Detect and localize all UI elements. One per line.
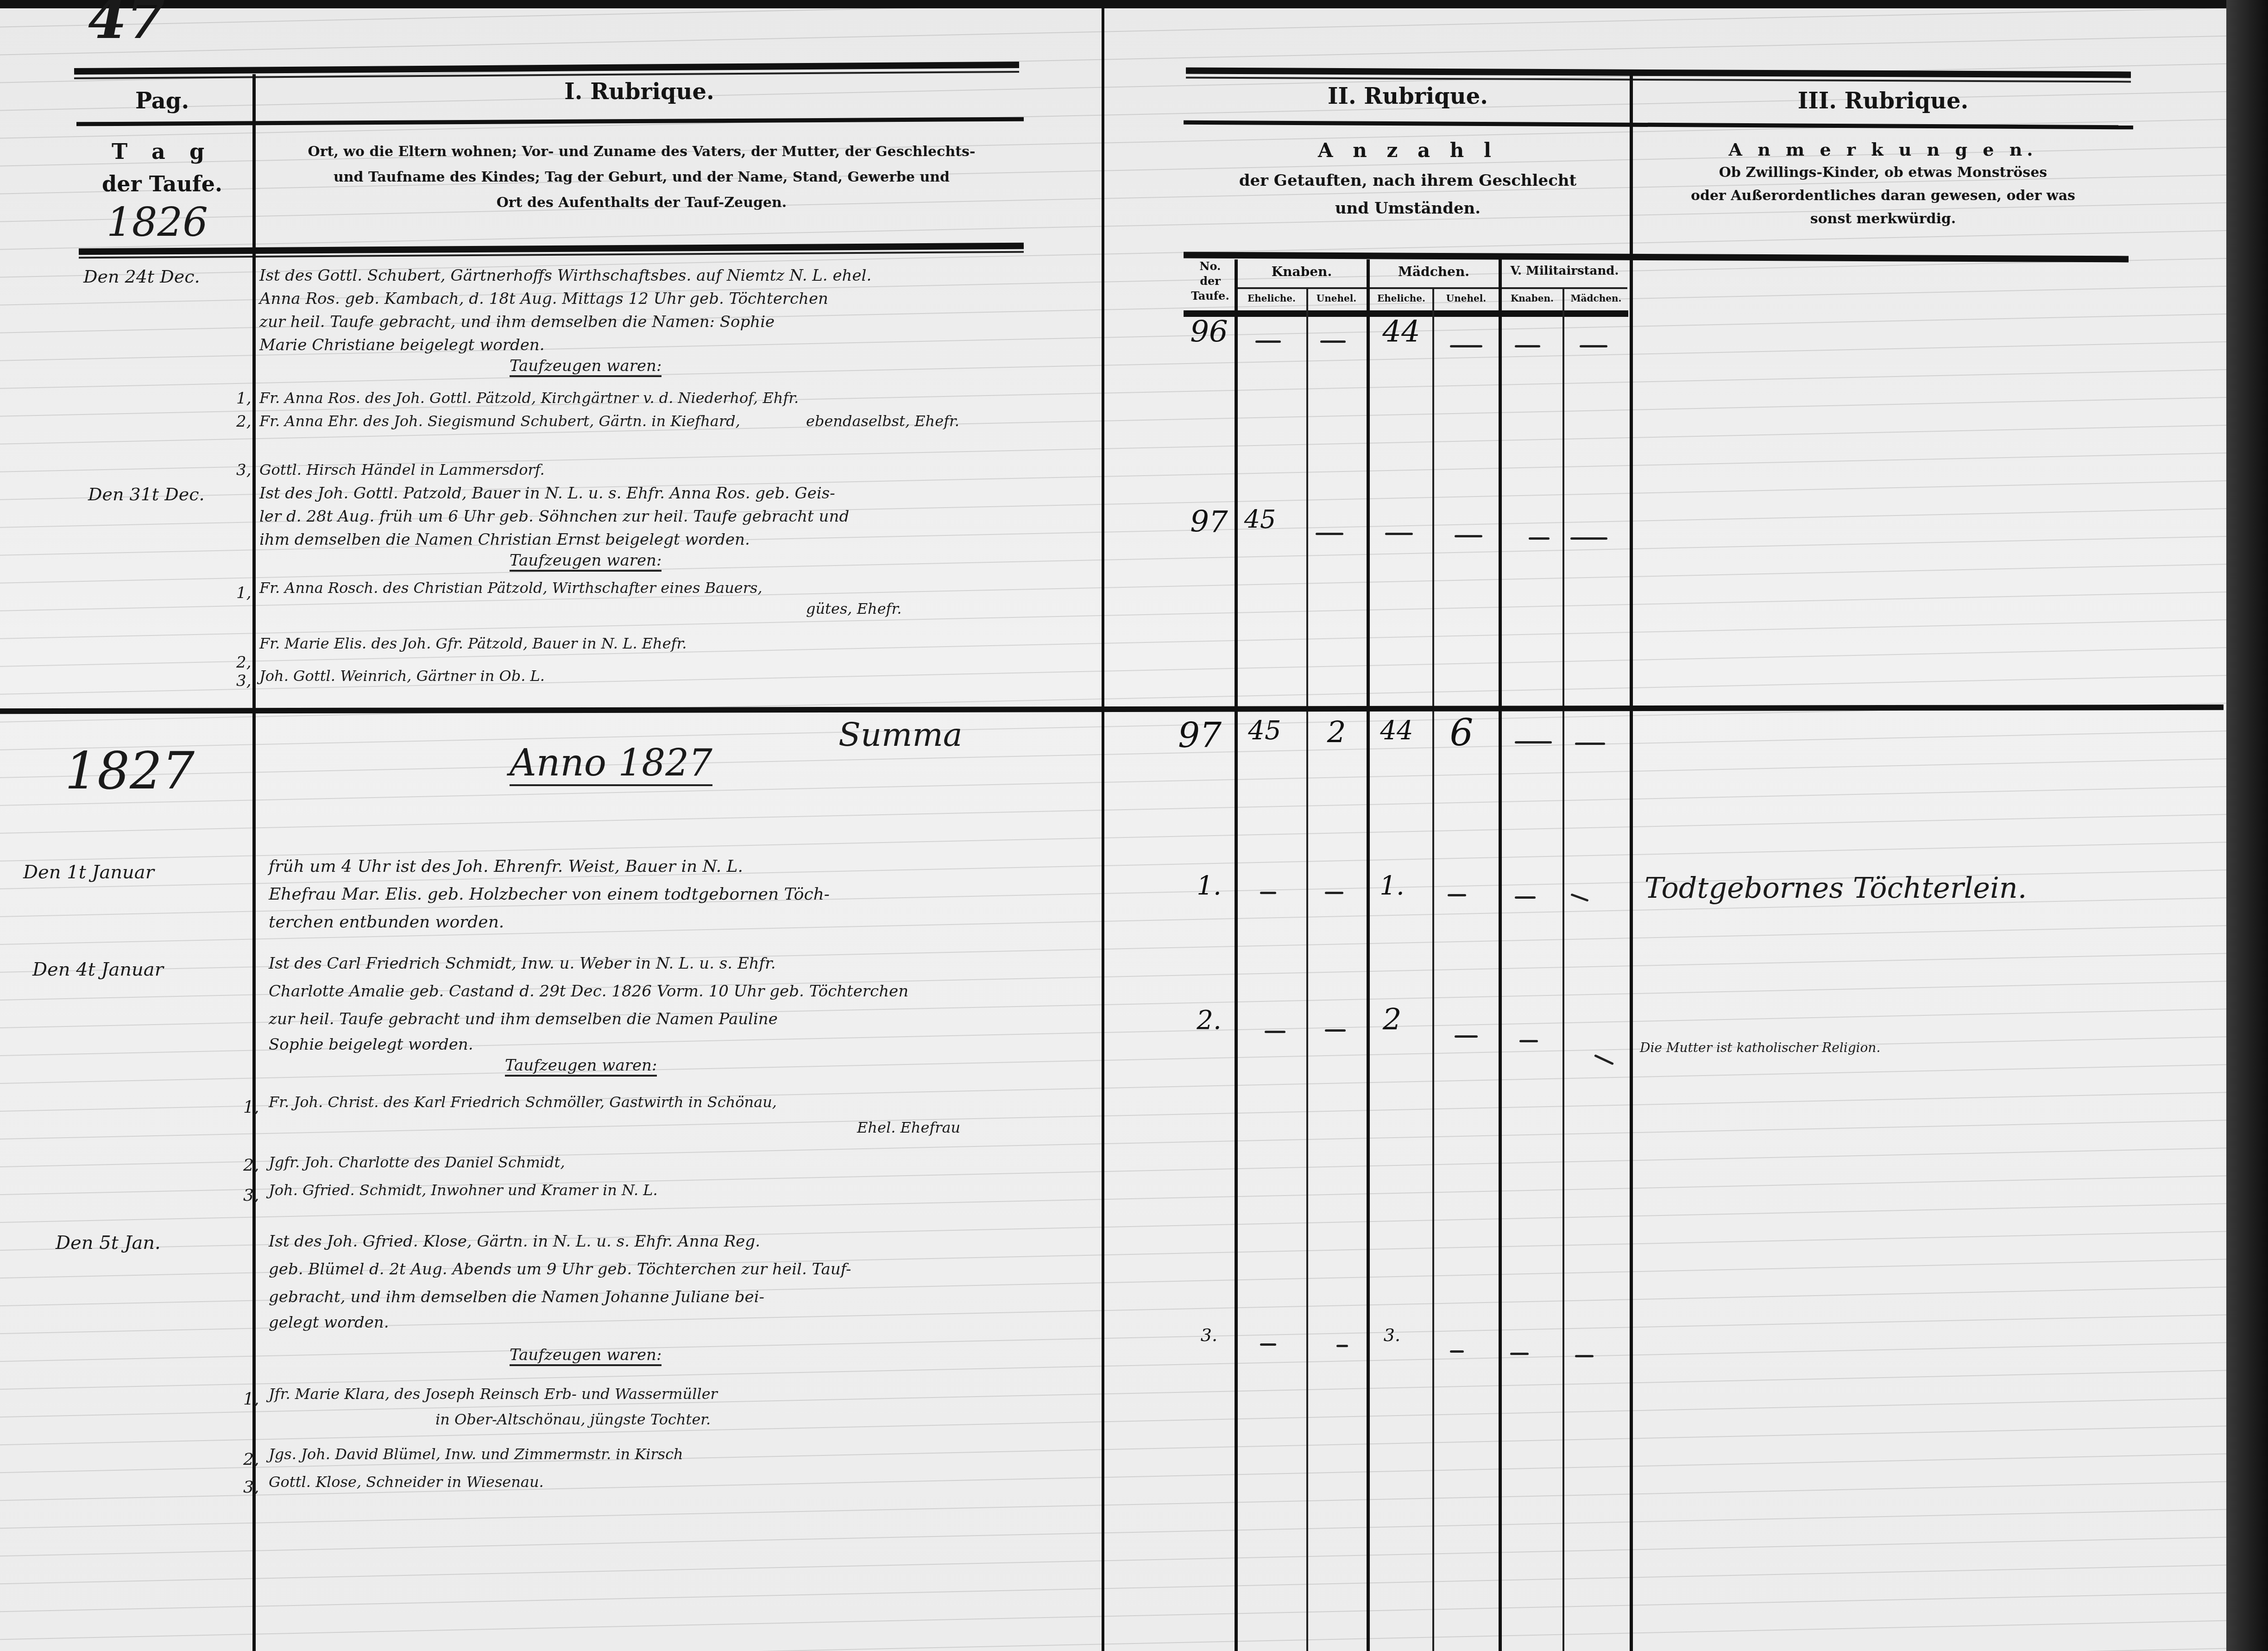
entry-1-witness-2-cont: ebendaselbst, Ehefr.	[806, 412, 959, 430]
entry-3-line-3: terchen entbunden worden.	[269, 913, 504, 932]
entry-1-count-m-ehel: 44	[1369, 315, 1434, 349]
col-mil-knaben-label: Knaben.	[1501, 293, 1563, 304]
entry-4-m-unehel-dash	[1455, 1035, 1478, 1038]
entry-3-count-no: 1.	[1186, 871, 1232, 901]
entry-2-mil-k-dash	[1529, 537, 1550, 540]
col-k-unehel-label: Unehel.	[1306, 293, 1367, 304]
entry-4-witness-1-num: 1,	[243, 1098, 259, 1117]
rubrique-1-desc-3: Ort des Aufenthalts der Tauf-Zeugen.	[259, 195, 1024, 211]
rubrique-3-title: III. Rubrique.	[1635, 88, 2131, 114]
entry-5-witness-1: Jfr. Marie Klara, des Joseph Reinsch Erb…	[269, 1385, 718, 1403]
col-no-label-2: der	[1186, 274, 1235, 288]
entry-1-date: Den 24t Dec.	[83, 266, 200, 287]
header-top-rule-right-inner	[1186, 77, 2131, 83]
scan-right-edge	[2226, 0, 2268, 1651]
rubrique-3-desc-1: A n m e r k u n g e n.	[1635, 139, 2131, 160]
entry-2-line-1: Ist des Joh. Gottl. Patzold, Bauer in N.…	[259, 484, 835, 503]
subheader-split-rule	[1236, 287, 1627, 289]
left-col-divider	[252, 74, 256, 1651]
entry-5-line-4: gelegt worden.	[269, 1313, 389, 1332]
summa-count-no: 97	[1167, 716, 1232, 756]
entry-3-line-2: Ehefrau Mar. Elis. geb. Holzbecher von e…	[269, 885, 830, 904]
entry-4-date: Den 4t Januar	[32, 959, 164, 980]
entry-5-line-1: Ist des Joh. Gfried. Klose, Gärtn. in N.…	[269, 1232, 760, 1251]
rubrique-1-desc-1: Ort, wo die Eltern wohnen; Vor- und Zuna…	[259, 144, 1024, 160]
entry-4-count-no: 2.	[1186, 1005, 1232, 1035]
summa-label: Summa	[838, 716, 963, 754]
entry-1-k-unehel-dash	[1320, 340, 1346, 343]
entry-4-line-1: Ist des Carl Friedrich Schmidt, Inw. u. …	[269, 954, 776, 973]
entry-2-prefix: Gottl. Hirsch Händel in Lammersdorf.	[259, 461, 545, 479]
entry-2-witness-3-num: 3,	[236, 672, 251, 690]
col-m-ehel-divider	[1432, 287, 1434, 1651]
entry-1-mil-m-dash	[1580, 345, 1607, 347]
entry-4-mil-k-dash	[1519, 1040, 1538, 1042]
entry-5-line-3: gebracht, und ihm demselben die Namen Jo…	[269, 1288, 764, 1306]
entry-3-k-ehel-dash	[1260, 892, 1276, 894]
entry-2-witness-1-cont: gütes, Ehefr.	[806, 600, 901, 618]
header-mid-rule-right	[1184, 120, 2133, 130]
entry-5-witness-2-num: 2,	[243, 1450, 259, 1469]
entry-4-line-3: zur heil. Taufe gebracht und ihm demselb…	[269, 1010, 778, 1028]
entry-2-line-2: ler d. 28t Aug. früh um 6 Uhr geb. Söhnc…	[259, 507, 849, 526]
summa-count-m-ehel: 44	[1369, 716, 1424, 746]
anno-1827-heading: Anno 1827	[510, 741, 712, 786]
header-bottom-rule-right	[1184, 252, 2129, 263]
entry-1-witness-2: Fr. Anna Ehr. des Joh. Siegismund Schube…	[259, 412, 740, 430]
entry-4-witness-3: Joh. Gfried. Schmidt, Inwohner und Krame…	[269, 1181, 658, 1199]
entry-4-line-4: Sophie beigelegt worden.	[269, 1035, 473, 1054]
entry-4-count-m-ehel: 2	[1369, 1003, 1415, 1037]
col-k-ehel-divider	[1306, 287, 1308, 1651]
entry-2-witness-2: Fr. Marie Elis. des Joh. Gfr. Pätzold, B…	[259, 635, 687, 652]
entry-1-line-4: Marie Christiane beigelegt worden.	[259, 336, 545, 354]
rubrique-2-title: II. Rubrique.	[1186, 83, 1630, 109]
col-m-unehel-label: Unehel.	[1434, 293, 1499, 304]
summa-mil-k-dash	[1515, 741, 1552, 744]
entry-5-line-2: geb. Blümel d. 2t Aug. Abends um 9 Uhr g…	[269, 1260, 851, 1279]
entry-1-line-1: Ist des Gottl. Schubert, Gärtnerhoffs Wi…	[259, 266, 871, 285]
entry-5-k-ehel-dash2	[1260, 1343, 1276, 1346]
entry-5-m-unehel-dash	[1450, 1350, 1464, 1353]
entry-2-mil-m-dash	[1570, 537, 1607, 540]
col-mil-maedchen-label: Mädchen.	[1565, 293, 1627, 304]
entry-2-m-ehel-dash	[1385, 533, 1413, 535]
col-no-divider	[1235, 259, 1238, 1651]
entry-5-witness-3-num: 3,	[243, 1478, 259, 1497]
entry-2-witness-3: Joh. Gottl. Weinrich, Gärtner in Ob. L.	[259, 667, 545, 685]
col-maedchen-divider	[1499, 259, 1502, 1651]
rubrique-1-title: I. Rubrique.	[259, 79, 1019, 105]
entry-4-line-2: Charlotte Amalie geb. Castand d. 29t Dec…	[269, 982, 908, 1001]
entry-4-remark: Die Mutter ist katholischer Religion.	[1640, 1040, 1880, 1055]
entry-2-m-unehel-dash	[1455, 535, 1482, 537]
entry-4-witness-heading: Taufzeugen waren:	[505, 1056, 657, 1077]
entry-1-witness-1-num: 1,	[236, 389, 251, 408]
entry-5-witness-1-num: 1,	[243, 1390, 259, 1409]
entry-5-k-unehel-dash	[1336, 1345, 1348, 1347]
entry-1-witness-2-num: 2,	[236, 412, 251, 431]
scan-top-edge	[0, 0, 2268, 8]
entry-5-witness-2: Jgs. Joh. David Blümel, Inw. und Zimmerm…	[269, 1445, 683, 1463]
entry-2-witness-heading: Taufzeugen waren:	[510, 551, 661, 572]
entry-2-prefix-num: 3,	[236, 461, 251, 479]
rubrique-2-desc-3: und Umständen.	[1186, 199, 1630, 218]
rubrique-3-desc-3: oder Außerordentliches daran gewesen, od…	[1635, 188, 2131, 204]
page-number: 47	[88, 0, 165, 51]
entry-1-line-2: Anna Ros. geb. Kambach, d. 18t Aug. Mitt…	[259, 290, 828, 308]
rubrique-3-desc-4: sonst merkwürdig.	[1635, 211, 2131, 227]
entry-2-count-k-ehel: 45	[1237, 505, 1283, 534]
summa-count-k-unehel: 2	[1309, 716, 1364, 750]
entry-4-k-unehel-dash	[1325, 1029, 1346, 1032]
entry-4-k-ehel-dash	[1265, 1031, 1285, 1033]
col-k-ehel-label: Eheliche.	[1237, 293, 1306, 304]
entry-1-count-no: 96	[1186, 315, 1232, 349]
rubrique-2-3-divider	[1630, 74, 1633, 1651]
col-knaben-divider	[1367, 259, 1370, 1651]
entry-1-witness-heading: Taufzeugen waren:	[510, 357, 661, 377]
rubrique-1-desc-2: und Taufname des Kindes; Tag der Geburt,…	[259, 169, 1024, 185]
summa-mil-m-dash	[1575, 743, 1605, 745]
col-day-label-2: der Taufe.	[79, 171, 246, 196]
col-no-label-3: Taufe.	[1186, 289, 1235, 302]
entry-1-line-3: zur heil. Taufe gebracht, und ihm demsel…	[259, 313, 775, 331]
entry-5-mil-k-dash	[1510, 1353, 1529, 1355]
entry-2-count-no: 97	[1186, 505, 1232, 539]
year-1826: 1826	[107, 199, 208, 246]
rubrique-2-desc-2: der Getauften, nach ihrem Geschlecht	[1186, 171, 1630, 190]
entry-5-count-no: 3.	[1186, 1325, 1232, 1345]
entry-5-witness-1-cont: in Ober-Altschönau, jüngste Tochter.	[435, 1411, 711, 1428]
year-1827: 1827	[65, 741, 195, 800]
entry-4-witness-3-num: 3,	[243, 1186, 259, 1205]
entry-3-k-unehel-dash	[1325, 892, 1343, 894]
entry-2-k-unehel-dash	[1316, 533, 1343, 535]
entry-5-count-m-ehel: 3.	[1369, 1325, 1415, 1345]
rubrique-2-desc-1: A n z a h l	[1186, 139, 1630, 162]
entry-3-date: Den 1t Januar	[23, 862, 154, 883]
entry-5-date: Den 5t Jan.	[56, 1232, 161, 1254]
entry-2-date: Den 31t Dec.	[88, 484, 205, 504]
entry-2-witness-1: Fr. Anna Rosch. des Christian Pätzold, W…	[259, 579, 762, 597]
col-knaben-label: Knaben.	[1237, 264, 1367, 279]
col-militair-label: V. Militairstand.	[1501, 264, 1628, 278]
entry-3-remark: Todtgebornes Töchterlein.	[1644, 871, 2027, 905]
entry-4-witness-2: Jgfr. Joh. Charlotte des Daniel Schmidt,	[269, 1153, 565, 1171]
col-m-ehel-label: Eheliche.	[1369, 293, 1434, 304]
entry-4-witness-2-num: 2,	[243, 1156, 259, 1175]
header-mid-rule-left	[76, 117, 1024, 126]
summa-count-m-unehel: 6	[1434, 711, 1489, 754]
entry-1-witness-1: Fr. Anna Ros. des Joh. Gottl. Pätzold, K…	[259, 389, 799, 407]
entry-5-mil-m-dash	[1575, 1355, 1594, 1357]
entry-5-witness-heading: Taufzeugen waren:	[510, 1346, 661, 1366]
entry-4-witness-1-cont: Ehel. Ehefrau	[857, 1119, 960, 1136]
page-gutter-line	[1102, 0, 1104, 1651]
entry-3-count-m-ehel: 1.	[1369, 871, 1415, 901]
col-mil-divider	[1562, 287, 1564, 1651]
entry-1-mil-k-dash	[1515, 345, 1540, 347]
entry-2-line-3: ihm demselben die Namen Christian Ernst …	[259, 530, 750, 549]
entry-4-witness-1: Fr. Joh. Christ. des Karl Friedrich Schm…	[269, 1093, 777, 1111]
col-no-label-1: No.	[1186, 259, 1235, 273]
summa-rule	[0, 705, 2224, 714]
entry-1-m-unehel-dash	[1450, 345, 1482, 347]
register-page: 47 Pag. I. Rubrique. T a g der Taufe. 18…	[0, 0, 2268, 1651]
entry-4-mil-m-dash	[1594, 1054, 1614, 1065]
col-pag-label: Pag.	[79, 88, 246, 114]
rubrique-3-desc-2: Ob Zwillings-Kinder, ob etwas Monströses	[1635, 164, 2131, 181]
entry-3-mil-m-dash	[1570, 893, 1588, 901]
entry-2-witness-2-num: 2,	[236, 653, 251, 672]
header-top-rule-right	[1186, 68, 2131, 78]
entry-3-mil-k-dash	[1515, 896, 1536, 899]
entry-1-k-ehel-dash	[1255, 340, 1281, 343]
entry-3-m-unehel-dash	[1448, 894, 1466, 896]
col-maedchen-label: Mädchen.	[1369, 264, 1499, 279]
entry-5-witness-3: Gottl. Klose, Schneider in Wiesenau.	[269, 1473, 544, 1491]
summa-count-k-ehel: 45	[1237, 716, 1292, 746]
col-day-label-1: T a g	[79, 139, 246, 164]
entry-3-line-1: früh um 4 Uhr ist des Joh. Ehrenfr. Weis…	[269, 857, 743, 876]
entry-2-witness-1-num: 1,	[236, 584, 251, 602]
